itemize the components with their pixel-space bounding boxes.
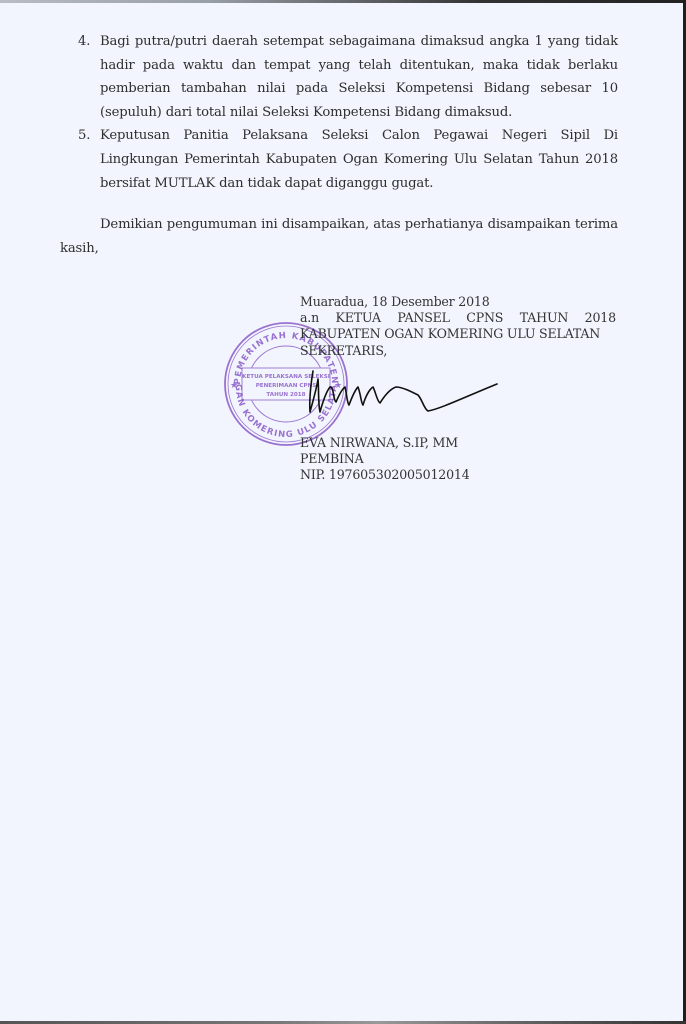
signer-rank: PEMBINA bbox=[300, 451, 616, 467]
on-behalf-word: KETUA bbox=[336, 310, 381, 326]
regency-name: KABUPATEN OGAN KOMERING ULU SELATAN bbox=[300, 326, 616, 342]
on-behalf-word: TAHUN bbox=[520, 310, 568, 326]
closing-text: Demikian pengumuman ini disampaikan, ata… bbox=[60, 217, 618, 256]
on-behalf-line: a.n KETUA PANSEL CPNS TAHUN 2018 bbox=[300, 310, 616, 326]
signer-nip: NIP. 197605302005012014 bbox=[300, 467, 616, 483]
list-number: 5. bbox=[78, 124, 100, 195]
signer-name: EVA NIRWANA, S.IP, MM bbox=[300, 435, 616, 451]
list-item: 5. Keputusan Panitia Pelaksana Seleksi C… bbox=[78, 124, 618, 195]
closing-paragraph: Demikian pengumuman ini disampaikan, ata… bbox=[60, 213, 618, 261]
list-text: Keputusan Panitia Pelaksana Seleksi Calo… bbox=[100, 124, 618, 195]
place-date: Muaradua, 18 Desember 2018 bbox=[300, 294, 616, 310]
list-number: 4. bbox=[78, 30, 100, 124]
numbered-list: 4. Bagi putra/putri daerah setempat seba… bbox=[78, 30, 618, 195]
list-item: 4. Bagi putra/putri daerah setempat seba… bbox=[78, 30, 618, 124]
svg-text:★: ★ bbox=[230, 381, 238, 391]
handwritten-signature bbox=[300, 365, 510, 425]
on-behalf-word: PANSEL bbox=[397, 310, 449, 326]
on-behalf-word: a.n bbox=[300, 310, 319, 326]
scan-edge-top bbox=[0, 0, 686, 3]
on-behalf-word: CPNS bbox=[466, 310, 503, 326]
signer-position: SEKRETARIS, bbox=[300, 343, 616, 359]
list-text: Bagi putra/putri daerah setempat sebagai… bbox=[100, 30, 618, 124]
on-behalf-word: 2018 bbox=[585, 310, 616, 326]
